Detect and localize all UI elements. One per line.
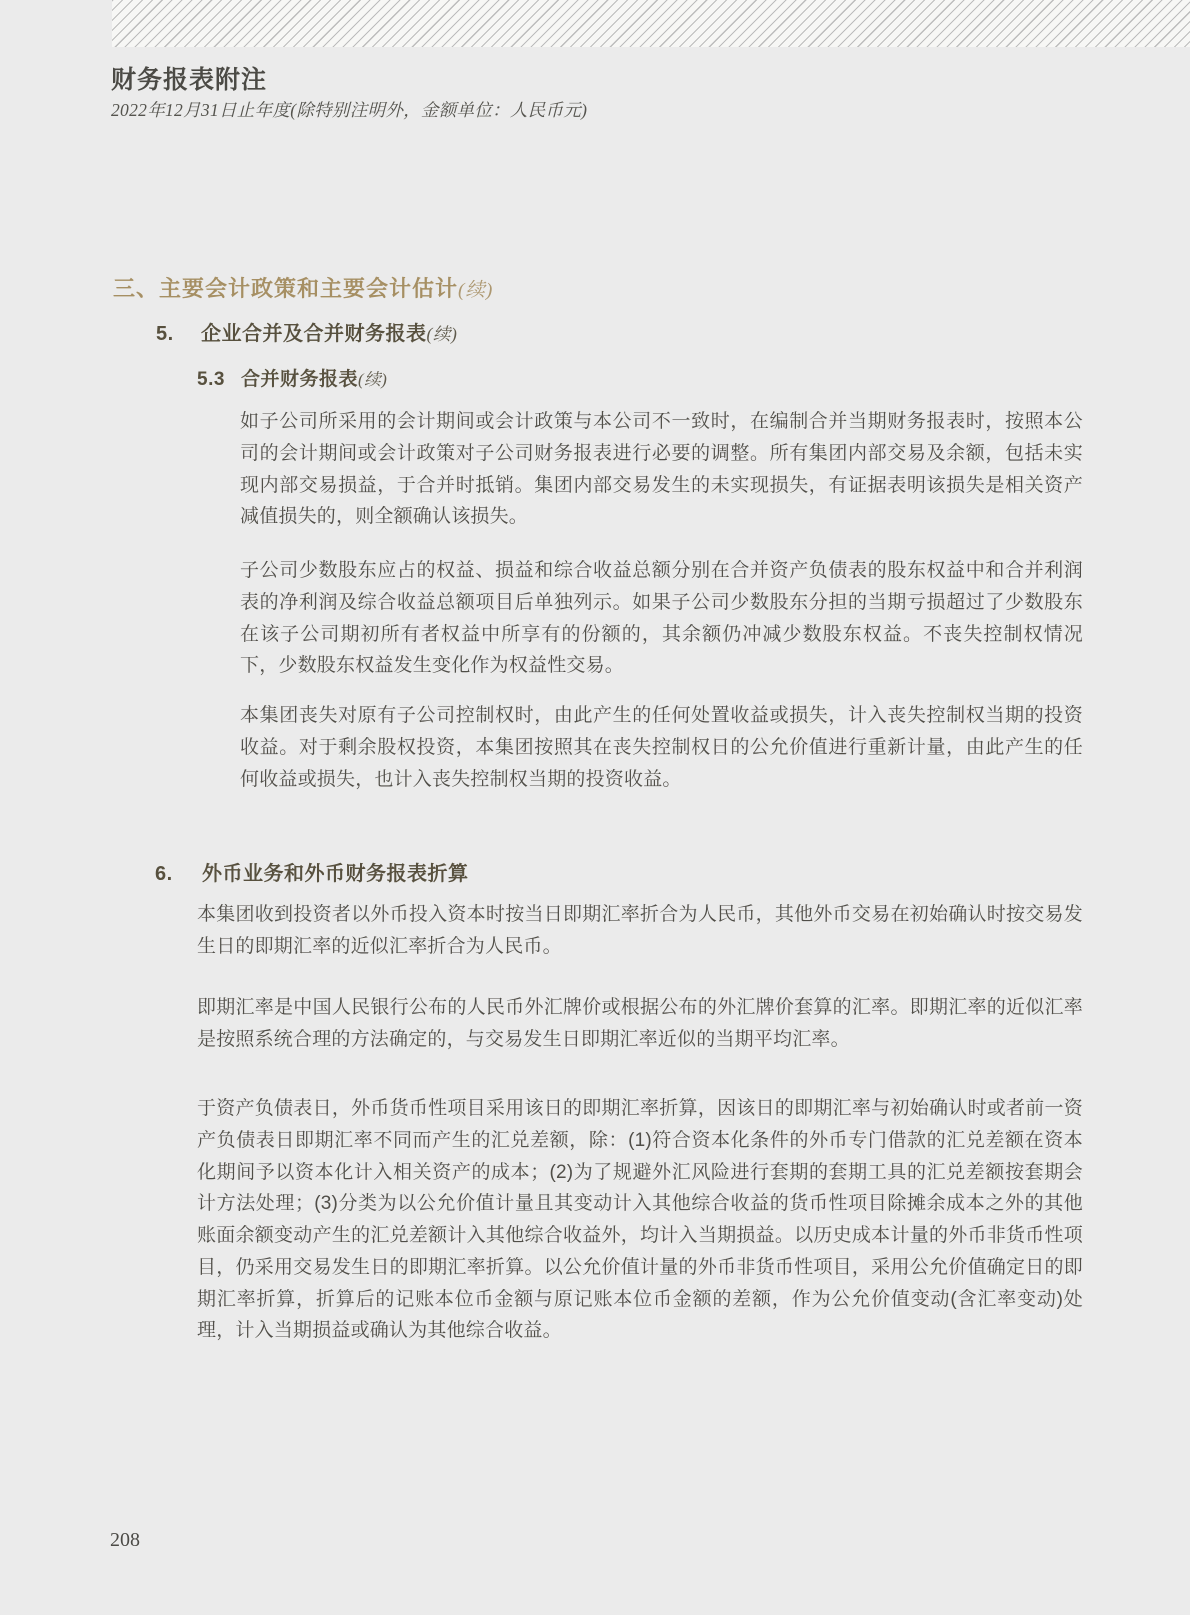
section-continued-marker: (续) [458, 280, 493, 301]
document-page: 财务报表附注 2022年12月31日止年度(除特别注明外，金额单位：人民币元) … [0, 0, 1190, 1615]
item-continued-marker: (续) [427, 324, 458, 344]
item-heading-6: 6.外币业务和外币财务报表折算 [155, 857, 469, 886]
item-heading-5: 5.企业合并及合并财务报表(续) [156, 317, 457, 346]
section-title: 主要会计政策和主要会计估计 [159, 276, 458, 301]
item-continued-marker: (续) [358, 370, 387, 389]
section-heading-3: 三、主要会计政策和主要会计估计(续) [113, 272, 493, 303]
item-title: 企业合并及合并财务报表 [201, 323, 427, 345]
paragraph-consolidation-adjustments: 如子公司所采用的会计期间或会计政策与本公司不一致时，在编制合并当期财务报表时，按… [240, 406, 1083, 533]
item-number: 5. [156, 323, 201, 346]
item-number: 5.3 [197, 369, 241, 391]
document-subtitle: 2022年12月31日止年度(除特别注明外，金额单位：人民币元) [111, 97, 587, 122]
item-title: 合并财务报表 [241, 369, 358, 390]
paragraph-minority-interests: 子公司少数股东应占的权益、损益和综合收益总额分别在合并资产负债表的股东权益中和合… [240, 555, 1083, 682]
item-number: 6. [155, 863, 202, 886]
paragraph-balance-sheet-date-translation: 于资产负债表日，外币货币性项目采用该日的即期汇率折算，因该日的即期汇率与初始确认… [197, 1093, 1083, 1347]
decorative-hatch-band [112, 0, 1190, 47]
document-title: 财务报表附注 [111, 60, 267, 96]
paragraph-loss-of-control: 本集团丧失对原有子公司控制权时，由此产生的任何处置收益或损失，计入丧失控制权当期… [240, 700, 1083, 795]
page-number: 208 [110, 1529, 140, 1552]
item-heading-5-3: 5.3合并财务报表(续) [197, 364, 387, 391]
item-title: 外币业务和外币财务报表折算 [202, 863, 469, 885]
paragraph-spot-exchange-rate: 即期汇率是中国人民银行公布的人民币外汇牌价或根据公布的外汇牌价套算的汇率。即期汇… [197, 992, 1083, 1056]
paragraph-foreign-currency-capital: 本集团收到投资者以外币投入资本时按当日即期汇率折合为人民币，其他外币交易在初始确… [197, 899, 1083, 963]
section-number: 三、 [113, 276, 159, 301]
